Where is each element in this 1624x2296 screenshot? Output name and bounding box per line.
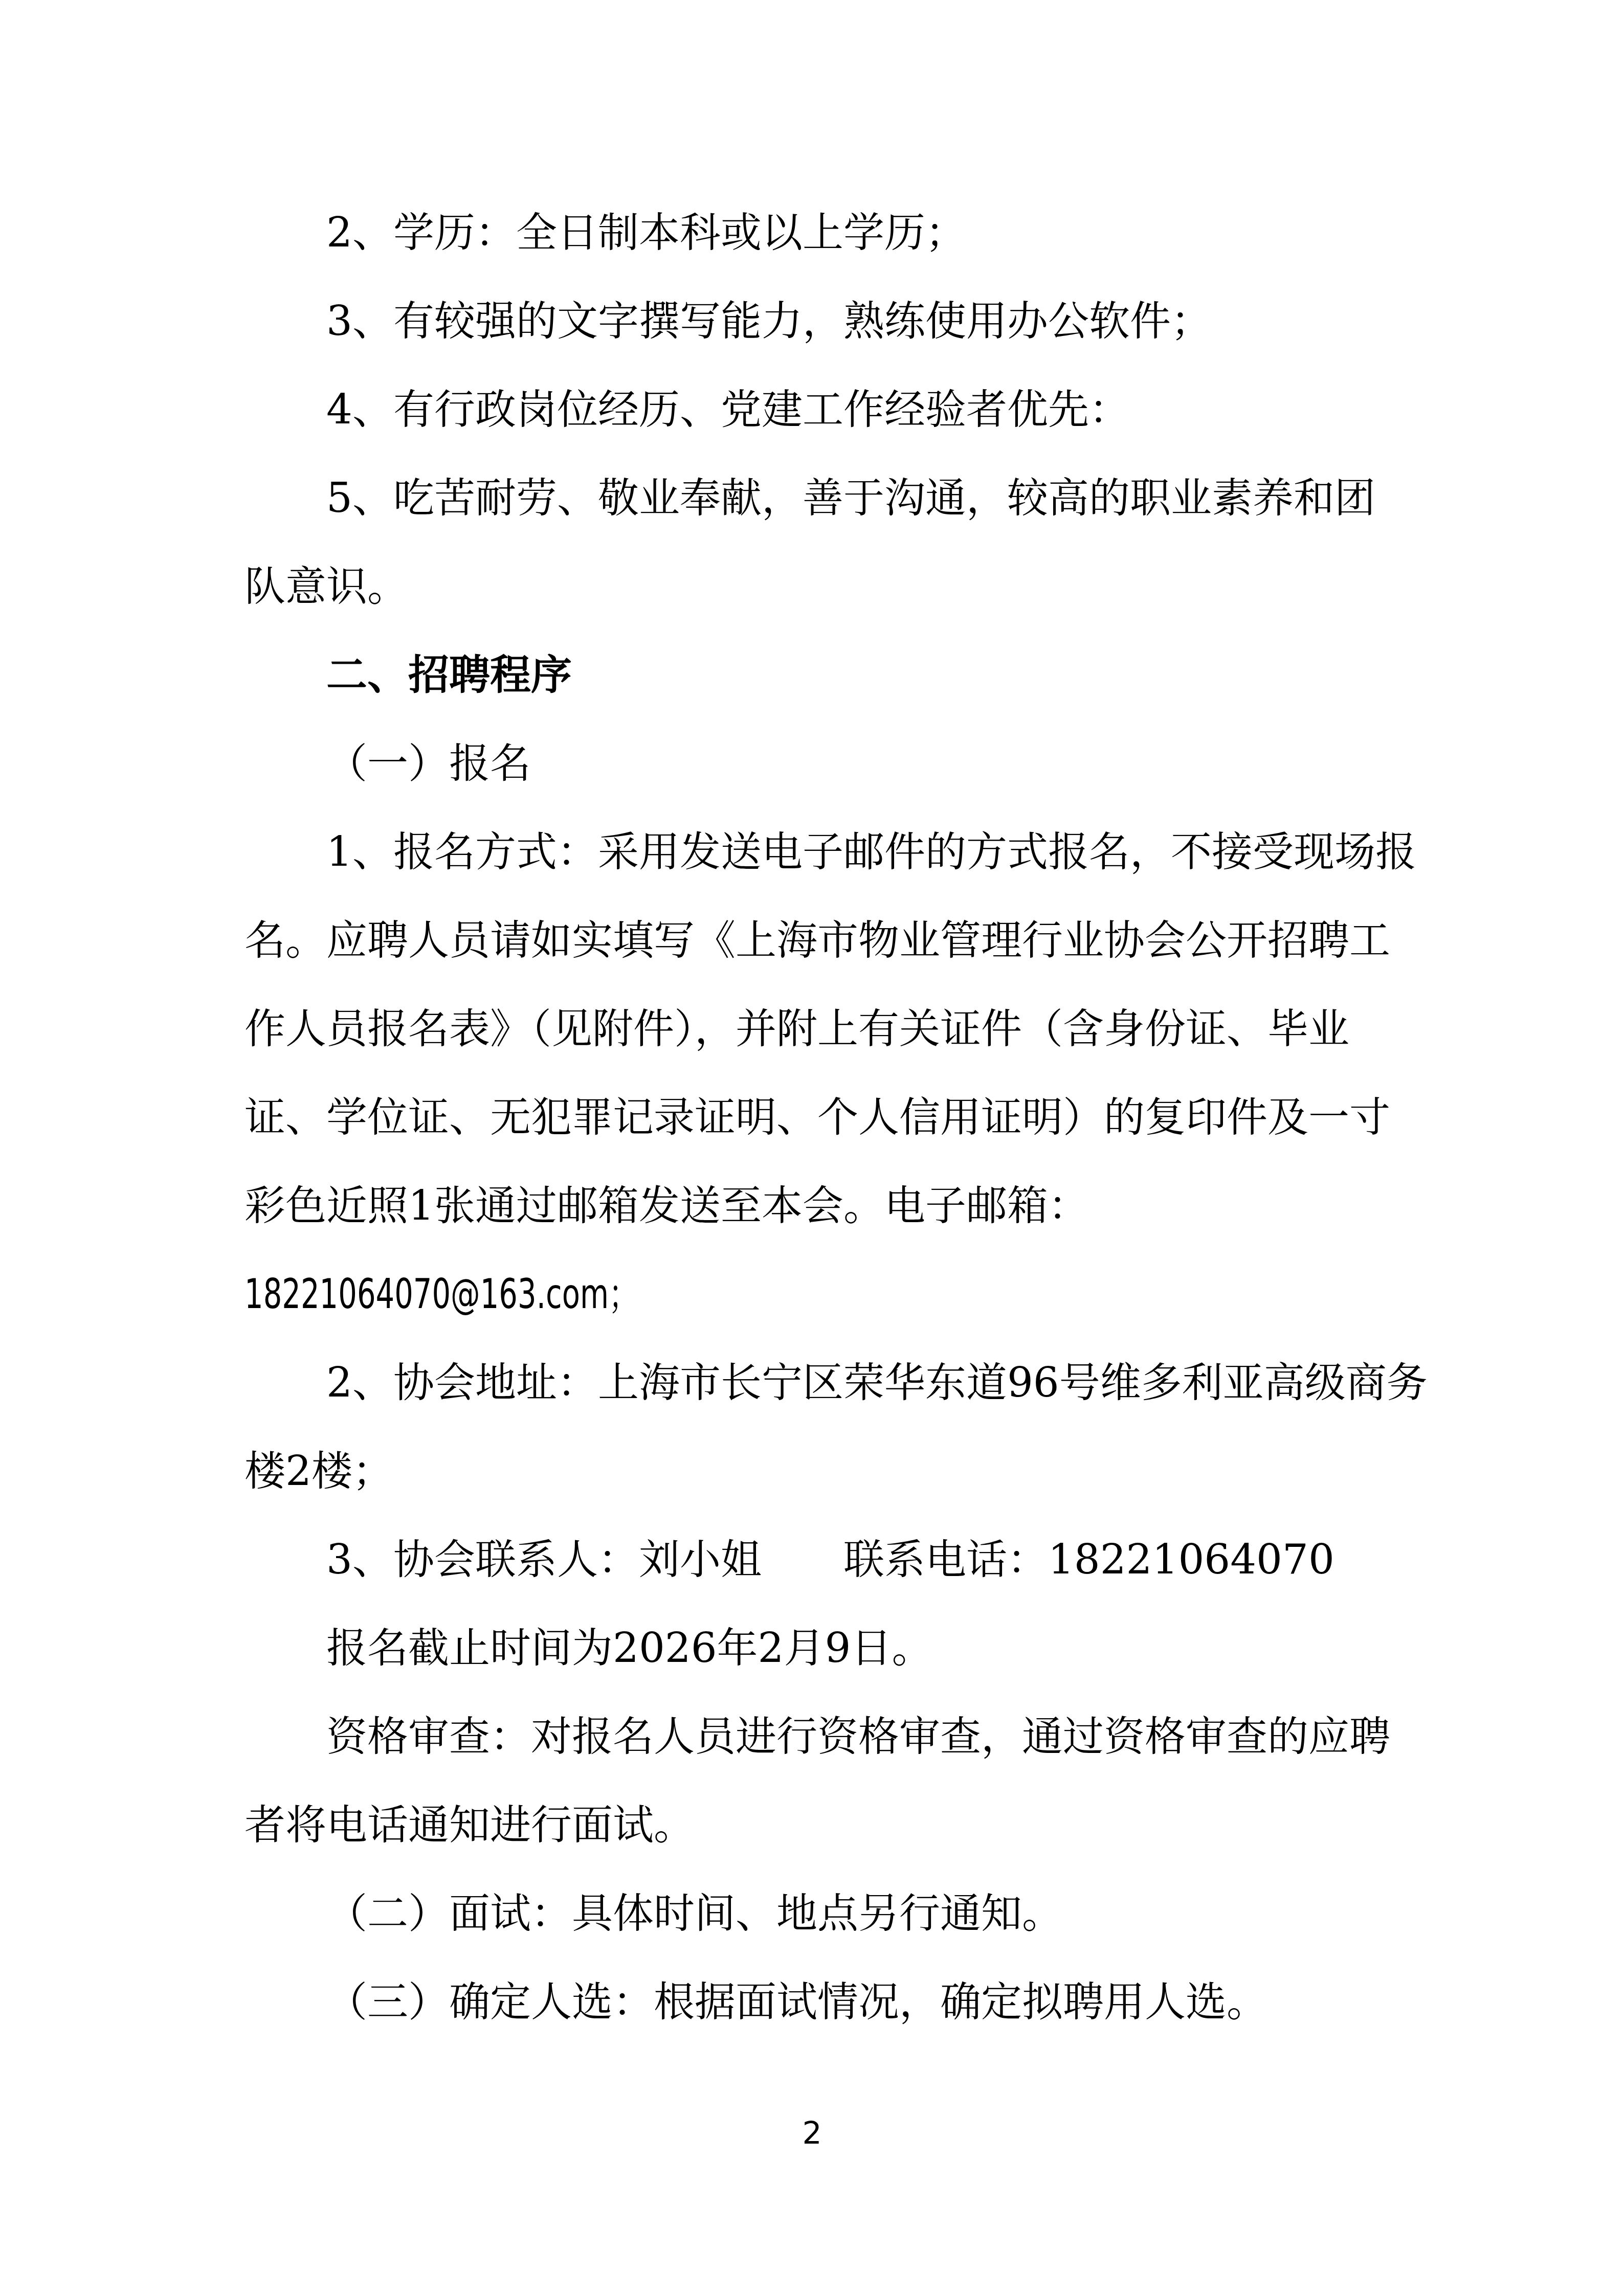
registration-deadline-line: 报名截止时间为2026年2月9日。 [244, 1604, 1376, 1692]
registration-method-line-3: 作人员报名表》（见附件），并附上有关证件（含身份证、毕业 [244, 984, 1376, 1073]
qualification-review-line-2: 者将电话通知进行面试。 [244, 1781, 1376, 1869]
requirement-item-2: 2、学历：全日制本科或以上学历； [244, 188, 1376, 277]
requirement-item-5-line-1: 5、吃苦耐劳、敬业奉献，善于沟通，较高的职业素养和团 [244, 454, 1376, 542]
requirement-item-4: 4、有行政岗位经历、党建工作经验者优先： [244, 365, 1376, 454]
registration-email-line: 18221064070@163.com； [244, 1250, 1059, 1338]
association-address-line-1: 2、协会地址：上海市长宁区荣华东道96号维多利亚高级商务 [244, 1338, 1376, 1427]
document-body: 2、学历：全日制本科或以上学历； 3、有较强的文字撰写能力，熟练使用办公软件； … [244, 188, 1376, 2046]
requirement-item-3: 3、有较强的文字撰写能力，熟练使用办公软件； [244, 277, 1376, 365]
document-page: 2、学历：全日制本科或以上学历； 3、有较强的文字撰写能力，熟练使用办公软件； … [0, 0, 1624, 2296]
subsection-heading-registration: （一）报名 [244, 719, 1376, 807]
requirement-item-5-line-2: 队意识。 [244, 542, 1376, 631]
section-heading-recruitment-procedure: 二、招聘程序 [244, 631, 1376, 719]
association-contact-line: 3、协会联系人：刘小姐 联系电话：18221064070 [244, 1515, 1376, 1604]
interview-notice-line: （二）面试：具体时间、地点另行通知。 [244, 1869, 1376, 1957]
qualification-review-line-1: 资格审查：对报名人员进行资格审查，通过资格审查的应聘 [244, 1692, 1376, 1781]
registration-method-line-4: 证、学位证、无犯罪记录证明、个人信用证明）的复印件及一寸 [244, 1073, 1376, 1161]
page-number: 2 [0, 2110, 1624, 2156]
candidate-selection-line: （三）确定人选：根据面试情况，确定拟聘用人选。 [244, 1957, 1376, 2046]
registration-method-line-2: 名。应聘人员请如实填写《上海市物业管理行业协会公开招聘工 [244, 896, 1376, 984]
registration-method-line-5: 彩色近照1张通过邮箱发送至本会。电子邮箱： [244, 1161, 1376, 1250]
association-address-line-2: 楼2楼； [244, 1427, 1376, 1515]
registration-method-line-1: 1、报名方式：采用发送电子邮件的方式报名，不接受现场报 [244, 807, 1376, 896]
